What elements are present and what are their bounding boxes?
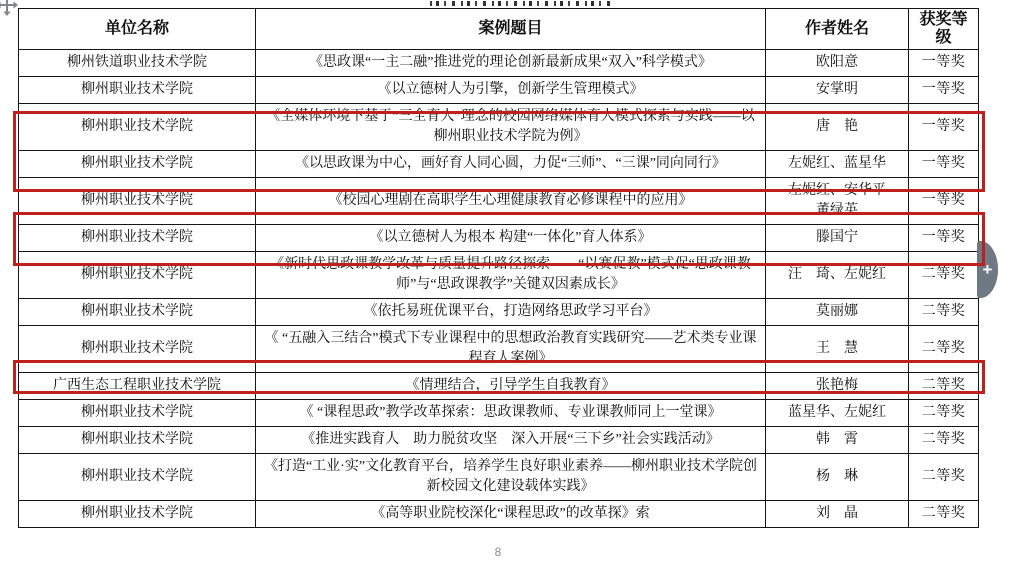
title-cell[interactable]: 《思政课“一主二融”推进党的理论创新最新成果“双入”科学模式》 <box>256 50 766 77</box>
award-cell[interactable]: 二等奖 <box>909 400 979 427</box>
table-row: 柳州职业技术学院 《以立德树人为引擎，创新学生管理模式》 安掌明 一等奖 <box>19 77 979 104</box>
col-header-author: 作者姓名 <box>766 9 909 50</box>
col-header-title: 案例题目 <box>256 9 766 50</box>
unit-cell[interactable]: 柳州职业技术学院 <box>19 178 256 225</box>
author-cell[interactable]: 左妮红、安华平 董绿英 <box>766 178 909 225</box>
title-cell[interactable]: 《以思政课为中心，画好育人同心圆，力促“三师”、“三课”同向同行》 <box>256 151 766 178</box>
table-row: 柳州职业技术学院 《依托易班优课平台，打造网络思政学习平台》 莫丽娜 二等奖 <box>19 299 979 326</box>
table-row: 广西生态工程职业技术学院 《情理结合，引导学生自我教育》 张艳梅 二等奖 <box>19 373 979 400</box>
author-cell[interactable]: 左妮红、蓝星华 <box>766 151 909 178</box>
title-cell[interactable]: 《以立德树人为根本 构建“一体化”育人体系》 <box>256 225 766 252</box>
author-cell[interactable]: 欧阳意 <box>766 50 909 77</box>
author-cell[interactable]: 韩 霄 <box>766 427 909 454</box>
award-cell[interactable]: 一等奖 <box>909 77 979 104</box>
unit-cell[interactable]: 柳州职业技术学院 <box>19 252 256 299</box>
table-row: 柳州职业技术学院 《打造“工业·实”文化教育平台，培养学生良好职业素养——柳州职… <box>19 454 979 501</box>
author-cell[interactable]: 蓝星华、左妮红 <box>766 400 909 427</box>
unit-cell[interactable]: 柳州职业技术学院 <box>19 454 256 501</box>
table-row: 柳州职业技术学院 《推进实践育人 助力脱贫攻坚 深入开展“三下乡”社会实践活动》… <box>19 427 979 454</box>
unit-cell[interactable]: 柳州职业技术学院 <box>19 427 256 454</box>
award-cell[interactable]: 二等奖 <box>909 454 979 501</box>
unit-cell[interactable]: 柳州铁道职业技术学院 <box>19 50 256 77</box>
title-cell[interactable]: 《高等职业院校深化“课程思政”的改革探》索 <box>256 501 766 528</box>
author-cell[interactable]: 王 慧 <box>766 326 909 373</box>
title-cell[interactable]: 《以立德树人为引擎，创新学生管理模式》 <box>256 77 766 104</box>
table-row: 柳州职业技术学院 《新时代思政课教学改革与质量提升路径探索——“以赛促教”模式促… <box>19 252 979 299</box>
award-cell[interactable]: 二等奖 <box>909 326 979 373</box>
award-cell[interactable]: 二等奖 <box>909 299 979 326</box>
col-header-award: 获奖等级 <box>909 9 979 50</box>
sidebar-expand-button[interactable]: + <box>977 241 998 298</box>
col-header-unit: 单位名称 <box>19 9 256 50</box>
document-page: 单位名称 案例题目 作者姓名 获奖等级 柳州铁道职业技术学院 《思政课“一主二融… <box>0 0 1018 563</box>
award-cell[interactable]: 二等奖 <box>909 501 979 528</box>
author-cell[interactable]: 唐 艳 <box>766 104 909 151</box>
title-cell[interactable]: 《校园心理剧在高职学生心理健康教育必修课程中的应用》 <box>256 178 766 225</box>
title-cell[interactable]: 《 “课程思政”教学改革探索：思政课教师、专业课教师同上一堂课》 <box>256 400 766 427</box>
author-cell[interactable]: 安掌明 <box>766 77 909 104</box>
page-number: 8 <box>18 545 978 559</box>
unit-cell[interactable]: 柳州职业技术学院 <box>19 326 256 373</box>
award-cell[interactable]: 一等奖 <box>909 104 979 151</box>
award-cell[interactable]: 一等奖 <box>909 50 979 77</box>
table-row: 柳州职业技术学院 《以立德树人为根本 构建“一体化”育人体系》 滕国宁 一等奖 <box>19 225 979 252</box>
unit-cell[interactable]: 柳州职业技术学院 <box>19 151 256 178</box>
title-cell[interactable]: 《全媒体环境下基于“三全育人”理念的校园网络媒体育人模式探索与实践——以柳州职业… <box>256 104 766 151</box>
table-row: 柳州职业技术学院 《校园心理剧在高职学生心理健康教育必修课程中的应用》 左妮红、… <box>19 178 979 225</box>
title-cell[interactable]: 《新时代思政课教学改革与质量提升路径探索——“以赛促教”模式促“思政课教师”与“… <box>256 252 766 299</box>
unit-cell[interactable]: 柳州职业技术学院 <box>19 299 256 326</box>
plus-icon: + <box>983 261 993 278</box>
table-row: 柳州职业技术学院 《 “五融入三结合”模式下专业课程中的思想政治教育实践研究——… <box>19 326 979 373</box>
table-row: 柳州职业技术学院 《 “课程思政”教学改革探索：思政课教师、专业课教师同上一堂课… <box>19 400 979 427</box>
table-row: 柳州职业技术学院 《全媒体环境下基于“三全育人”理念的校园网络媒体育人模式探索与… <box>19 104 979 151</box>
unit-cell[interactable]: 柳州职业技术学院 <box>19 400 256 427</box>
title-cell[interactable]: 《推进实践育人 助力脱贫攻坚 深入开展“三下乡”社会实践活动》 <box>256 427 766 454</box>
award-cell[interactable]: 二等奖 <box>909 427 979 454</box>
author-cell[interactable]: 杨 琳 <box>766 454 909 501</box>
author-cell[interactable]: 刘 晶 <box>766 501 909 528</box>
awards-table: 单位名称 案例题目 作者姓名 获奖等级 柳州铁道职业技术学院 《思政课“一主二融… <box>18 8 979 528</box>
award-cell[interactable]: 二等奖 <box>909 252 979 299</box>
unit-cell[interactable]: 柳州职业技术学院 <box>19 104 256 151</box>
award-cell[interactable]: 二等奖 <box>909 373 979 400</box>
title-cell[interactable]: 《情理结合，引导学生自我教育》 <box>256 373 766 400</box>
title-cell[interactable]: 《打造“工业·实”文化教育平台，培养学生良好职业素养——柳州职业技术学院创新校园… <box>256 454 766 501</box>
author-cell[interactable]: 莫丽娜 <box>766 299 909 326</box>
author-cell[interactable]: 滕国宁 <box>766 225 909 252</box>
award-cell[interactable]: 一等奖 <box>909 178 979 225</box>
title-cell[interactable]: 《 “五融入三结合”模式下专业课程中的思想政治教育实践研究——艺术类专业课程育人… <box>256 326 766 373</box>
author-cell[interactable]: 汪 琦、左妮红 <box>766 252 909 299</box>
award-cell[interactable]: 一等奖 <box>909 151 979 178</box>
author-cell[interactable]: 张艳梅 <box>766 373 909 400</box>
title-cell[interactable]: 《依托易班优课平台，打造网络思政学习平台》 <box>256 299 766 326</box>
unit-cell[interactable]: 广西生态工程职业技术学院 <box>19 373 256 400</box>
unit-cell[interactable]: 柳州职业技术学院 <box>19 225 256 252</box>
table-move-handle-icon[interactable] <box>0 0 18 16</box>
unit-cell[interactable]: 柳州职业技术学院 <box>19 77 256 104</box>
table-row: 柳州铁道职业技术学院 《思政课“一主二融”推进党的理论创新最新成果“双入”科学模… <box>19 50 979 77</box>
unit-cell[interactable]: 柳州职业技术学院 <box>19 501 256 528</box>
table-row: 柳州职业技术学院 《以思政课为中心，画好育人同心圆，力促“三师”、“三课”同向同… <box>19 151 979 178</box>
table-row: 柳州职业技术学院 《高等职业院校深化“课程思政”的改革探》索 刘 晶 二等奖 <box>19 501 979 528</box>
header-row: 单位名称 案例题目 作者姓名 获奖等级 <box>19 9 979 50</box>
award-cell[interactable]: 一等奖 <box>909 225 979 252</box>
